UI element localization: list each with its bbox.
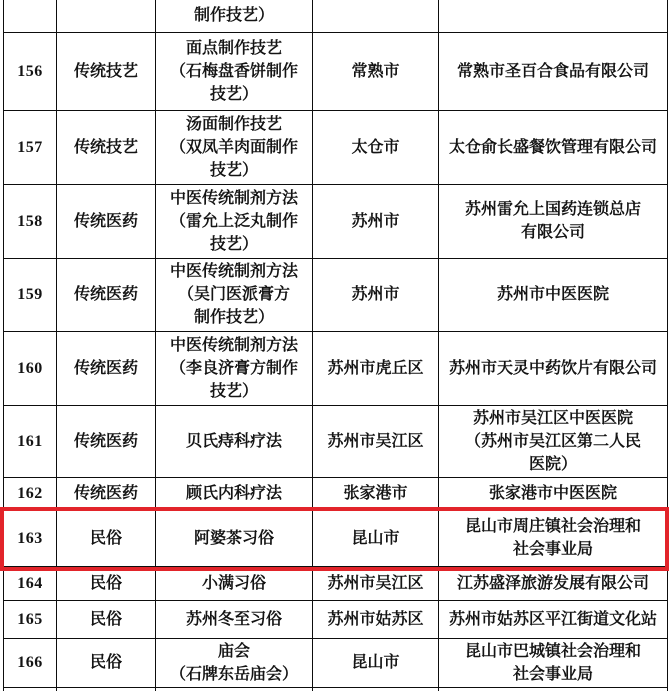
cell-category [57, 0, 156, 32]
cell-organization: 苏州市中医医院 [439, 258, 668, 331]
table-row: 164 民俗 小满习俗 苏州市吴江区 江苏盛泽旅游发展有限公司 [4, 566, 668, 600]
cell-category: 民俗 [57, 566, 156, 600]
cell-project: 面点制作技艺 （石梅盘香饼制作 技艺） [156, 32, 313, 110]
cell-category: 传统医药 [57, 331, 156, 405]
cell-project: 阿婆茶习俗 [156, 510, 313, 566]
cell-num: 165 [4, 600, 57, 638]
cell-num: 166 [4, 638, 57, 687]
cell-organization: 苏州市姑苏区平江街道文化站 [439, 600, 668, 638]
cell-category: 传统技艺 [57, 32, 156, 110]
cell-city: 苏州市吴江区 [313, 405, 439, 477]
cell-category: 传统技艺 [57, 110, 156, 184]
cell-project: 中医传统制剂方法 （雷允上泛丸制作 技艺） [156, 184, 313, 258]
cell-category: 传统医药 [57, 405, 156, 477]
cell-num [4, 0, 57, 32]
cell-num: 158 [4, 184, 57, 258]
table-row: 166 民俗 庙会 （石牌东岳庙会） 昆山市 昆山市巴城镇社会治理和 社会事业局 [4, 638, 668, 687]
cell-organization: 昆山市周庄镇社会治理和 社会事业局 [439, 510, 668, 566]
cell-category: 民俗 [57, 638, 156, 687]
cell-category: 传统医药 [57, 258, 156, 331]
cell-num [4, 687, 57, 691]
cell-city: 苏州市 [313, 258, 439, 331]
cell-city: 苏州市 [313, 184, 439, 258]
cell-project: 中医传统制剂方法 （吴门医派膏方 制作技艺） [156, 258, 313, 331]
table-row: 157 传统技艺 汤面制作技艺 （双凤羊肉面制作 技艺） 太仓市 太仓俞长盛餐饮… [4, 110, 668, 184]
cell-num: 161 [4, 405, 57, 477]
cell-city: 常熟市 [313, 32, 439, 110]
cell-organization: 苏州雷允上国药连锁总店 有限公司 [439, 184, 668, 258]
cell-category: 传统医药 [57, 477, 156, 510]
cell-city: 昆山市 [313, 638, 439, 687]
cell-num: 159 [4, 258, 57, 331]
cell-organization: 苏州市天灵中药饮片有限公司 [439, 331, 668, 405]
cell-organization: 太仓俞长盛餐饮管理有限公司 [439, 110, 668, 184]
cell-project: 中医传统制剂方法 （李良济膏方制作 技艺） [156, 331, 313, 405]
cell-city [313, 0, 439, 32]
cell-city: 太仓市 [313, 110, 439, 184]
cell-city: 苏州市吴江区 [313, 566, 439, 600]
cell-project [156, 687, 313, 691]
cell-organization: 江苏盛泽旅游发展有限公司 [439, 566, 668, 600]
table-row: 162 传统医药 顾氏内科疗法 张家港市 张家港市中医医院 [4, 477, 668, 510]
cell-city: 苏州市姑苏区 [313, 600, 439, 638]
cell-organization [439, 0, 668, 32]
cell-num: 164 [4, 566, 57, 600]
cell-category [57, 687, 156, 691]
cell-category: 民俗 [57, 510, 156, 566]
table-row-highlighted: 163 民俗 阿婆茶习俗 昆山市 昆山市周庄镇社会治理和 社会事业局 [4, 510, 668, 566]
cell-organization: 常熟市圣百合食品有限公司 [439, 32, 668, 110]
heritage-list-table: 制作技艺） 156 传统技艺 面点制作技艺 （石梅盘香饼制作 技艺） 常熟市 常… [3, 0, 668, 691]
document-page: 制作技艺） 156 传统技艺 面点制作技艺 （石梅盘香饼制作 技艺） 常熟市 常… [0, 0, 671, 691]
cell-num: 160 [4, 331, 57, 405]
cell-organization: 昆山市巴城镇社会治理和 社会事业局 [439, 638, 668, 687]
table-row: 159 传统医药 中医传统制剂方法 （吴门医派膏方 制作技艺） 苏州市 苏州市中… [4, 258, 668, 331]
cell-num: 157 [4, 110, 57, 184]
cell-num: 163 [4, 510, 57, 566]
cell-city: 张家港市 [313, 477, 439, 510]
cell-category: 民俗 [57, 600, 156, 638]
table-row: 156 传统技艺 面点制作技艺 （石梅盘香饼制作 技艺） 常熟市 常熟市圣百合食… [4, 32, 668, 110]
cell-project: 庙会 （石牌东岳庙会） [156, 638, 313, 687]
table-row: 161 传统医药 贝氏痔科疗法 苏州市吴江区 苏州市吴江区中医医院 （苏州市吴江… [4, 405, 668, 477]
table-row: 165 民俗 苏州冬至习俗 苏州市姑苏区 苏州市姑苏区平江街道文化站 [4, 600, 668, 638]
table-row: 158 传统医药 中医传统制剂方法 （雷允上泛丸制作 技艺） 苏州市 苏州雷允上… [4, 184, 668, 258]
cell-project: 苏州冬至习俗 [156, 600, 313, 638]
cell-city: 苏州市虎丘区 [313, 331, 439, 405]
cell-project: 汤面制作技艺 （双凤羊肉面制作 技艺） [156, 110, 313, 184]
cell-project: 顾氏内科疗法 [156, 477, 313, 510]
cell-project: 小满习俗 [156, 566, 313, 600]
cell-num: 156 [4, 32, 57, 110]
cell-organization: 张家港市中医医院 [439, 477, 668, 510]
cell-category: 传统医药 [57, 184, 156, 258]
cell-city: 昆山市 [313, 510, 439, 566]
cell-project: 贝氏痔科疗法 [156, 405, 313, 477]
table-row: 160 传统医药 中医传统制剂方法 （李良济膏方制作 技艺） 苏州市虎丘区 苏州… [4, 331, 668, 405]
table-row-partial-top: 制作技艺） [4, 0, 668, 32]
cell-city [313, 687, 439, 691]
cell-organization: 苏州市吴江区中医医院 （苏州市吴江区第二人民 医院） [439, 405, 668, 477]
cell-organization [439, 687, 668, 691]
cell-num: 162 [4, 477, 57, 510]
cell-project: 制作技艺） [156, 0, 313, 32]
table-row-partial-bottom [4, 687, 668, 691]
